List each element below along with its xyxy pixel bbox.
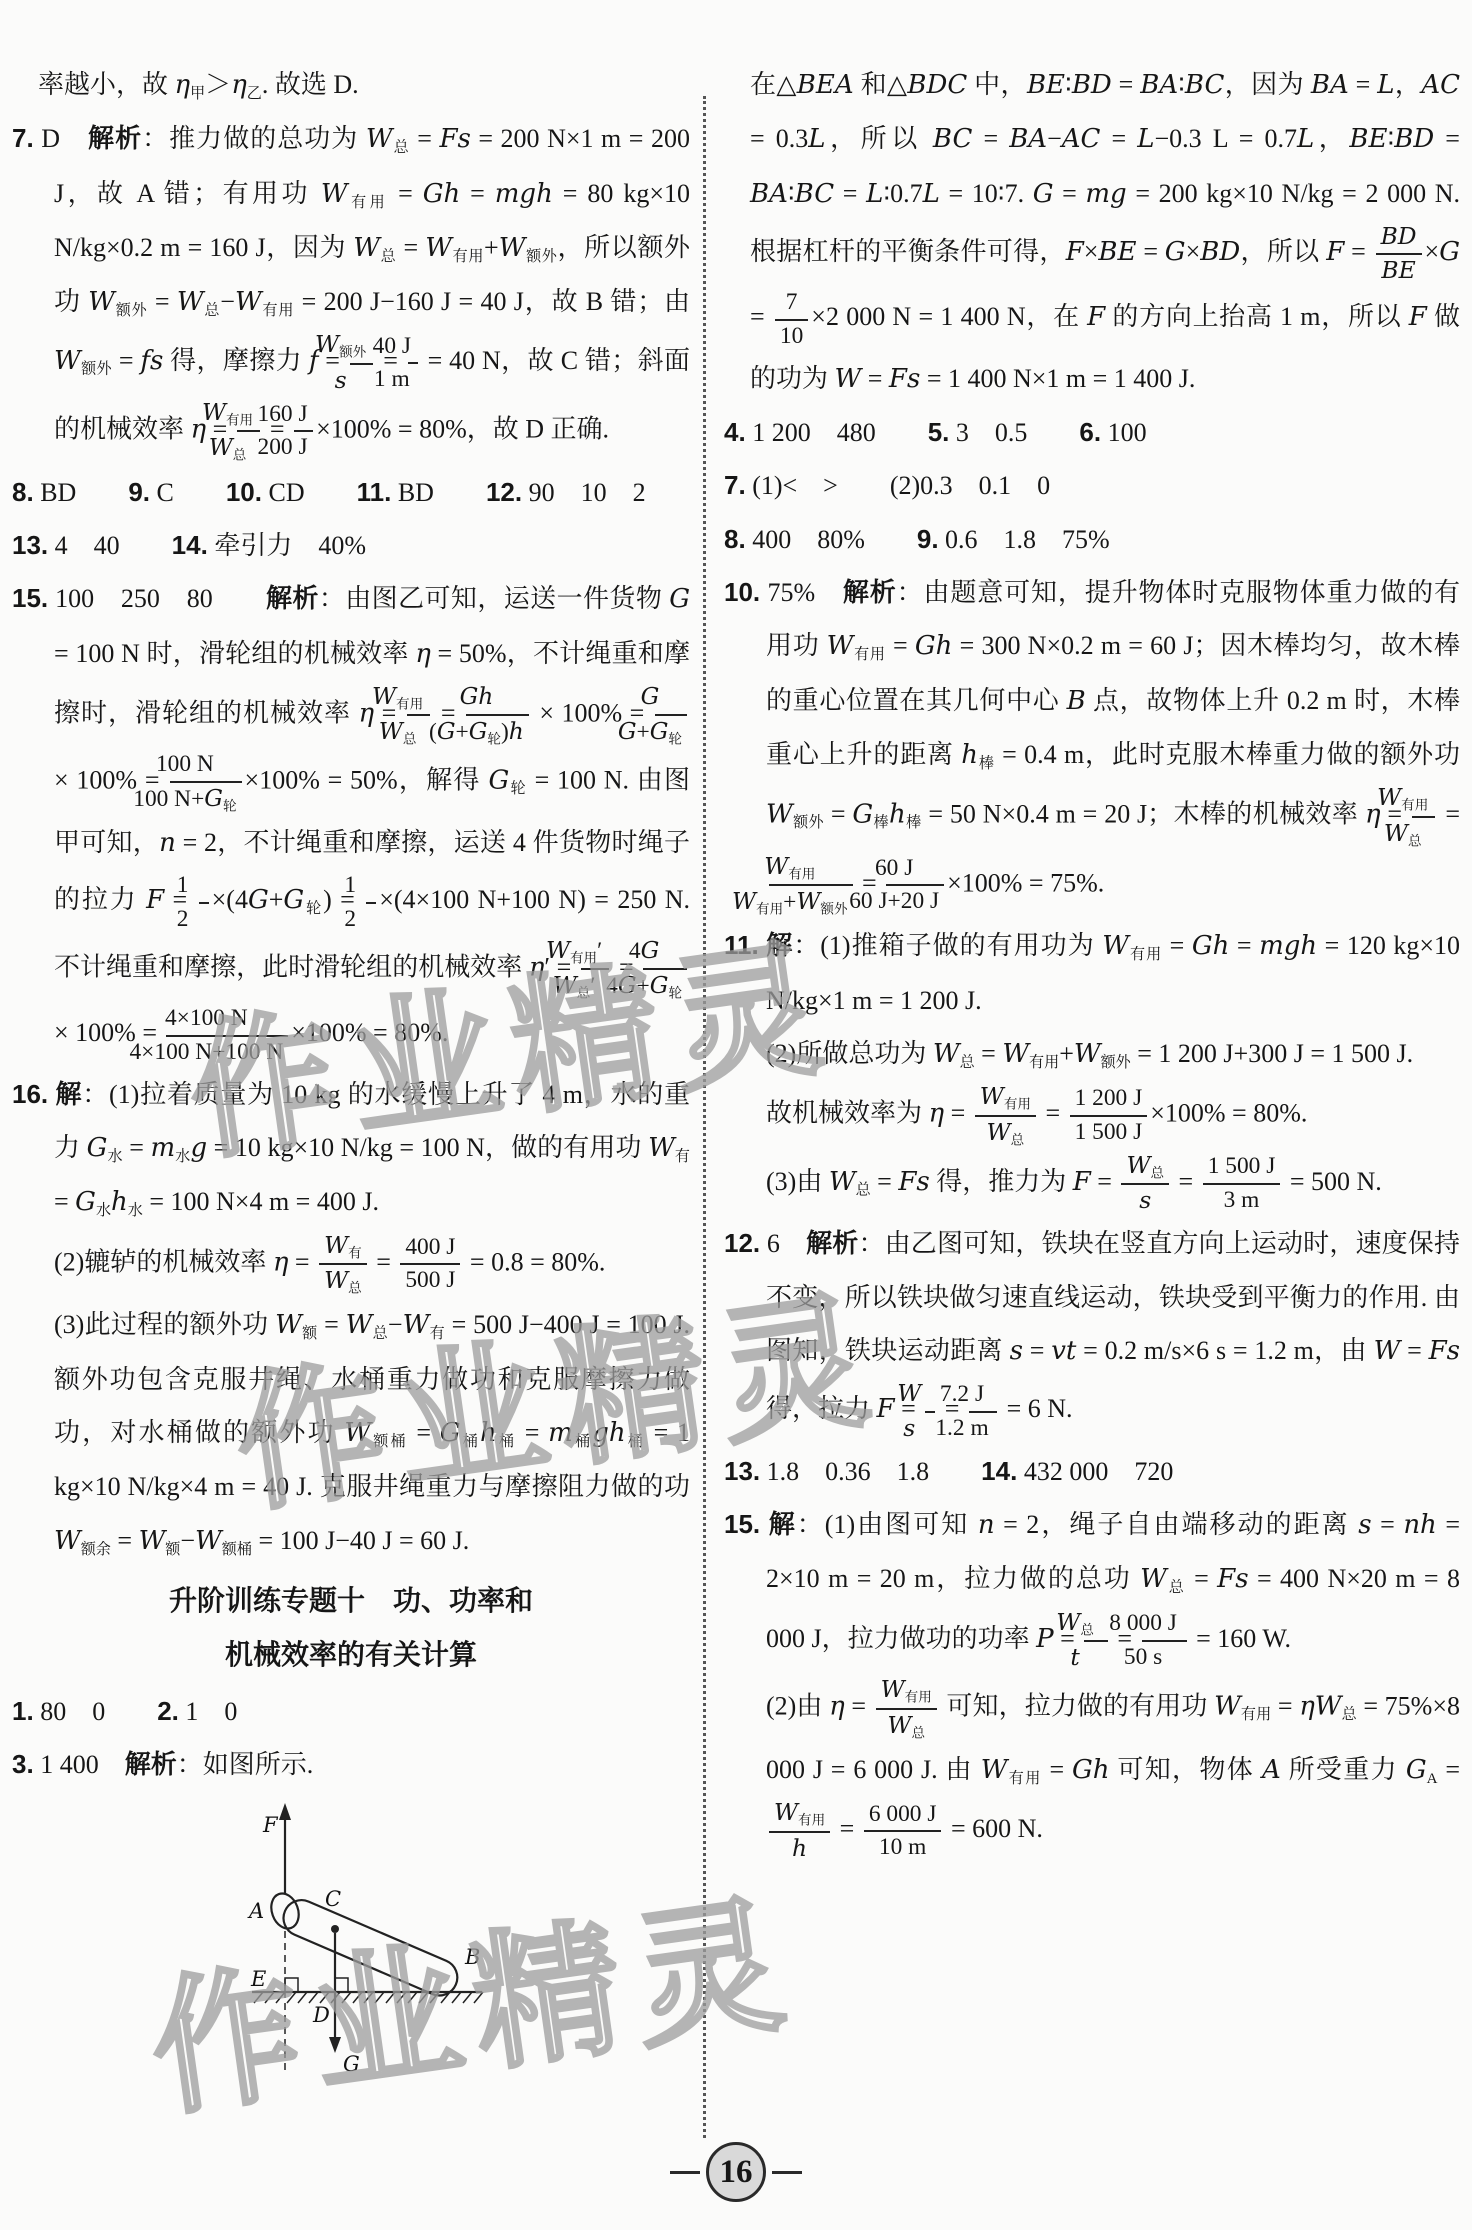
italic-variable: G xyxy=(852,800,873,830)
italic-variable: g xyxy=(190,1133,207,1163)
italic-variable: W xyxy=(980,1082,1004,1110)
bold-text: 解析 xyxy=(843,577,897,607)
italic-variable: G xyxy=(440,1418,461,1448)
italic-variable: W xyxy=(425,233,452,263)
italic-variable: BD xyxy=(1394,124,1434,154)
fraction-numerator: 400 J xyxy=(400,1232,460,1265)
subscript: 额外 xyxy=(525,249,557,265)
italic-variable: mgh xyxy=(1259,931,1317,961)
italic-variable: mgh xyxy=(495,179,553,209)
subscript: 总 xyxy=(372,1326,388,1342)
fraction: 60 J60 J+20 J xyxy=(886,853,944,918)
subscript: 棒 xyxy=(978,756,995,772)
italic-variable: mg xyxy=(1085,179,1126,209)
right-item-9: 12. 6 解析：由乙图可知，铁块在竖直方向上运动时，速度保持不变，所以铁块做匀… xyxy=(724,1217,1460,1444)
italic-variable: W xyxy=(139,1526,166,1556)
italic-variable: G xyxy=(1033,179,1054,209)
italic-variable: Fs xyxy=(1429,1336,1460,1366)
subscript: 总 xyxy=(577,985,591,1000)
bold-text: 16. xyxy=(12,1079,48,1109)
left-subpara-7: (3)此过程的额外功 W额 = W总−W有 = 500 J−400 J = 10… xyxy=(12,1298,690,1567)
subscript: 有 xyxy=(348,1245,362,1260)
subscript: 总 xyxy=(1167,1580,1186,1596)
subscript: 额外 xyxy=(339,345,366,360)
subscript: 轮 xyxy=(487,731,501,746)
subscript: 有用 xyxy=(853,647,885,663)
italic-variable: ηW xyxy=(1299,1692,1341,1722)
fraction: 40 J1 m xyxy=(408,331,418,396)
fraction-numerator: W总 xyxy=(1121,1150,1169,1185)
italic-variable: G xyxy=(248,885,269,915)
bold-text: 12. xyxy=(724,1228,760,1258)
subscript: 额外 xyxy=(793,815,824,831)
subscript: 有 xyxy=(675,1149,690,1165)
bold-text: 解析 xyxy=(125,1749,177,1779)
italic-variable: BE xyxy=(1098,237,1136,267)
italic-variable: W xyxy=(933,1039,960,1069)
lever-diagram: F A C B E D G xyxy=(227,1796,497,2096)
subscript: 总 xyxy=(1080,1622,1094,1637)
right-subpara-8: (3)由 W总 = Fs 得，推力为 F = W总s = 1 500 J3 m … xyxy=(724,1150,1460,1218)
italic-variable: F xyxy=(1409,303,1427,333)
subscript: 桶 xyxy=(461,1434,480,1450)
italic-variable: vt xyxy=(1051,1336,1076,1366)
bold-text: 7. xyxy=(724,470,746,500)
left-heading-8: 升阶训练专题十 功、功率和机械效率的有关计算 xyxy=(12,1574,690,1683)
italic-variable: BD xyxy=(1381,222,1417,250)
italic-variable: nh xyxy=(1403,1510,1437,1540)
fraction-denominator: 1.2 m xyxy=(969,1413,997,1444)
italic-variable: W xyxy=(987,1118,1011,1146)
italic-variable: W xyxy=(829,1167,856,1197)
italic-variable: BE xyxy=(1027,70,1065,100)
fraction-denominator: s xyxy=(1121,1185,1169,1217)
subscript: 总 xyxy=(380,249,396,265)
italic-variable: t xyxy=(1070,1643,1079,1671)
force-arrowhead-icon xyxy=(279,1803,291,1820)
fraction-denominator: W有用+W额外 xyxy=(769,886,853,919)
bold-text: 10. xyxy=(226,477,262,507)
subscript: 总 xyxy=(1150,1165,1164,1180)
fraction: 400 J500 J xyxy=(400,1232,460,1297)
italic-variable: L xyxy=(1377,70,1394,100)
italic-variable: A xyxy=(1262,1755,1281,1785)
fraction-denominator: t xyxy=(1084,1642,1108,1674)
fraction-numerator: 1 200 J xyxy=(1070,1083,1148,1116)
fraction: W有用h xyxy=(769,1797,830,1865)
italic-variable: W xyxy=(1056,1608,1080,1636)
fraction: 12 xyxy=(199,870,209,935)
fraction: W有用W总 xyxy=(407,681,431,750)
italic-variable: G xyxy=(1439,237,1460,267)
right-subpara-6: (2)所做总功为 W总 = W有用+W额外 = 1 200 J+300 J = … xyxy=(724,1027,1460,1081)
right-item-4: 10. 75% 解析：由题意可知，提升物体时克服物体重力做的有用功 W有用 = … xyxy=(724,566,1460,919)
italic-variable: BA xyxy=(1009,124,1047,154)
italic-variable: F xyxy=(1073,1167,1091,1197)
fraction: W有用′W总′ xyxy=(581,935,610,1004)
italic-variable: G xyxy=(75,1187,96,1217)
subscript: 总 xyxy=(204,303,221,319)
heading-line: 升阶训练专题十 功、功率和 xyxy=(12,1574,690,1629)
italic-variable: W xyxy=(177,287,204,317)
fraction-numerator: BD xyxy=(1376,221,1422,255)
subscript: 桶 xyxy=(497,1434,516,1450)
italic-variable: W xyxy=(1140,1564,1167,1594)
italic-variable: n xyxy=(978,1510,995,1540)
fraction-denominator: 2 xyxy=(366,904,376,935)
fraction-denominator: 1 500 J xyxy=(1070,1117,1148,1148)
fraction: 1 500 J3 m xyxy=(1203,1151,1281,1216)
italic-variable: W xyxy=(1102,931,1129,961)
fraction-numerator: W有用 xyxy=(769,851,853,886)
answer-key-page: 作业精灵 作业精灵 作业精灵 率越小，故 η甲＞η乙. 故选 D.7. D 解析… xyxy=(0,0,1472,2230)
subscript: 有用 xyxy=(396,696,423,711)
subscript: 总 xyxy=(393,140,410,156)
fraction: 12 xyxy=(366,870,376,935)
fraction-denominator: s xyxy=(350,365,374,397)
italic-variable: BE xyxy=(1381,256,1415,284)
bold-text: 解 xyxy=(766,930,793,960)
italic-variable: B xyxy=(1067,686,1086,716)
fraction: BDBE xyxy=(1376,221,1422,288)
italic-variable: F xyxy=(1326,237,1344,267)
italic-variable: W xyxy=(403,1310,430,1340)
fraction-numerator: 7.2 J xyxy=(969,1379,997,1412)
italic-variable: BEA xyxy=(797,70,854,100)
fraction-numerator: W额外 xyxy=(350,329,374,364)
subscript: 有用 xyxy=(1241,1707,1271,1723)
bold-text: 12. xyxy=(486,477,522,507)
bold-text: 2. xyxy=(157,1696,179,1726)
fraction: 1 200 J1 500 J xyxy=(1070,1083,1148,1148)
fraction-denominator: s xyxy=(925,1413,935,1445)
italic-variable: W xyxy=(324,1266,348,1294)
subscript: 额外 xyxy=(820,901,847,916)
footer-dash-right xyxy=(772,2171,802,2174)
subscript: 桶 xyxy=(626,1434,645,1450)
italic-variable: W xyxy=(195,1526,222,1556)
left-item-1: 7. D 解析：推力做的总功为 W总 = Fs = 200 N×1 m = 20… xyxy=(12,112,690,465)
subscript: 额桶 xyxy=(222,1541,252,1557)
bold-text: 1. xyxy=(12,1696,34,1726)
italic-variable: W xyxy=(732,887,756,915)
subscript: 总 xyxy=(1011,1132,1025,1147)
fraction-numerator: W有用 xyxy=(769,1797,830,1832)
italic-variable: W xyxy=(54,346,81,376)
fraction-denominator: 4G+G轮 xyxy=(643,970,687,1003)
italic-variable: η xyxy=(175,70,191,100)
bold-text: 解析 xyxy=(88,123,142,153)
italic-variable: W xyxy=(835,364,862,394)
italic-variable: BDC xyxy=(907,70,967,100)
fraction-numerator: 1 xyxy=(199,870,209,903)
subscript: 水 xyxy=(96,1203,111,1219)
italic-variable: h xyxy=(509,717,524,745)
page-footer: 16 xyxy=(670,2142,802,2202)
subscript: 有用 xyxy=(1007,1771,1041,1787)
subscript: 水 xyxy=(175,1149,190,1165)
subscript: 额 xyxy=(165,1541,180,1557)
italic-variable: Gh xyxy=(1072,1755,1110,1785)
right-answers-2: 7. (1)< > (2)0.3 0.1 0 xyxy=(724,459,1460,512)
italic-variable: W xyxy=(897,1379,921,1407)
fraction-numerator: W有用 xyxy=(1412,782,1436,817)
subscript: 轮 xyxy=(509,781,527,797)
fraction: Ws xyxy=(925,1378,935,1445)
label-G: G xyxy=(343,2052,360,2076)
italic-variable: η xyxy=(231,70,247,100)
column-divider xyxy=(703,96,706,2138)
italic-variable: h xyxy=(111,1187,128,1217)
italic-variable: η xyxy=(829,1692,845,1722)
fraction-numerator: 8 000 J xyxy=(1142,1608,1187,1641)
page-number: 16 xyxy=(706,2142,766,2202)
bold-text: 8. xyxy=(12,477,34,507)
subscript: 有用 xyxy=(1029,1055,1059,1071)
fraction: Gh(G+G轮)h xyxy=(466,681,529,749)
italic-variable: W xyxy=(1074,1039,1101,1069)
bold-text: 11. xyxy=(357,477,392,507)
italic-variable: Gh xyxy=(423,179,461,209)
italic-variable: W xyxy=(321,179,348,209)
subscript: 额桶 xyxy=(371,1434,408,1450)
italic-variable: G xyxy=(650,971,669,999)
italic-variable: BD xyxy=(1072,70,1112,100)
center-of-gravity-dot xyxy=(331,1925,339,1933)
label-D: D xyxy=(312,2003,330,2027)
italic-variable: L xyxy=(866,179,883,209)
italic-variable: G xyxy=(650,717,669,745)
italic-variable: L xyxy=(923,179,940,209)
fraction-denominator: 3 m xyxy=(1203,1185,1281,1216)
fraction-denominator: 2 xyxy=(199,904,209,935)
fraction-numerator: W有用′ xyxy=(581,935,610,970)
italic-variable: W xyxy=(372,682,396,710)
subscript: 总 xyxy=(960,1055,975,1071)
fraction-denominator: 1 m xyxy=(408,364,418,395)
fraction: 6 000 J10 m xyxy=(864,1799,942,1864)
italic-variable: G xyxy=(204,784,223,812)
subscript: 轮 xyxy=(668,985,682,1000)
subscript: 有用 xyxy=(1129,947,1162,963)
subscript: 轮 xyxy=(668,731,682,746)
italic-variable: G xyxy=(1165,237,1186,267)
fraction: W有用W总 xyxy=(1412,782,1436,851)
bold-text: 11. xyxy=(724,930,759,960)
bold-text: 解析 xyxy=(806,1228,858,1258)
italic-variable: gh xyxy=(592,1418,625,1448)
italic-variable: BA xyxy=(1311,70,1349,100)
subscript: A xyxy=(1427,1771,1438,1787)
subscript: 有用 xyxy=(452,249,484,265)
fraction-numerator: 40 J xyxy=(408,331,418,364)
fraction-denominator: h xyxy=(769,1833,830,1865)
subscript: 额外 xyxy=(81,362,112,378)
subscript: 水 xyxy=(107,1149,122,1165)
italic-variable: W xyxy=(209,433,233,461)
fraction-numerator: W有用 xyxy=(975,1081,1036,1116)
fraction: GG+G轮 xyxy=(655,681,687,749)
italic-variable: L xyxy=(1137,124,1154,154)
italic-variable: m xyxy=(151,1133,176,1163)
italic-variable: F xyxy=(146,885,164,915)
fraction-denominator: W总 xyxy=(407,716,431,749)
bold-text: 解析 xyxy=(266,583,319,613)
fraction-numerator: 6 000 J xyxy=(864,1799,942,1832)
bold-text: 9. xyxy=(128,477,150,507)
italic-variable: G xyxy=(641,936,660,964)
italic-variable: P xyxy=(1036,1624,1054,1654)
subscript: 额外 xyxy=(115,303,148,319)
fraction-denominator: 200 J xyxy=(294,432,313,463)
fraction: W总s xyxy=(1121,1150,1169,1218)
lever-rod xyxy=(278,1894,463,2001)
fraction-denominator: W总 xyxy=(975,1117,1036,1150)
fraction-denominator: 50 s xyxy=(1142,1642,1187,1673)
right-angle-mark-E xyxy=(285,1978,298,1992)
subscript: 总 xyxy=(1342,1707,1357,1723)
left-item-10: 3. 1 400 解析：如图所示. xyxy=(12,1738,690,1791)
italic-variable: s xyxy=(1358,1510,1371,1540)
left-item-4: 15. 100 250 80 解析：由图乙可知，运送一件货物 G = 100 N… xyxy=(12,572,690,1068)
italic-variable: s xyxy=(903,1414,915,1442)
subscript: 有用 xyxy=(756,901,783,916)
fraction: W有用W有用+W额外 xyxy=(769,851,853,920)
bold-text: 7. xyxy=(12,123,34,153)
subscript: 轮 xyxy=(223,798,237,813)
fraction-denominator: W总′ xyxy=(581,970,610,1003)
italic-variable: BE xyxy=(1349,124,1387,154)
italic-variable: W xyxy=(1377,783,1401,811)
subscript: 甲 xyxy=(190,86,205,102)
italic-variable: G xyxy=(469,717,488,745)
italic-variable: s xyxy=(335,366,347,394)
fraction-numerator: 160 J xyxy=(294,399,313,432)
italic-variable: W xyxy=(88,287,115,317)
italic-variable: BD xyxy=(1200,237,1240,267)
italic-variable: G xyxy=(488,766,509,796)
italic-variable: W xyxy=(648,1133,675,1163)
italic-variable: W xyxy=(366,124,393,154)
italic-variable: BA xyxy=(1140,70,1178,100)
subscript: 轮 xyxy=(304,901,323,917)
fraction: 100 N100 N+G轮 xyxy=(170,749,241,816)
fraction-denominator: 4×100 N+100 N xyxy=(166,1037,288,1068)
fraction-numerator: Gh xyxy=(466,681,529,715)
italic-variable: W xyxy=(1384,819,1408,847)
fraction-denominator: 100 N+G轮 xyxy=(170,783,241,816)
subscript: 有用 xyxy=(1401,798,1428,813)
italic-variable: G xyxy=(437,717,456,745)
italic-variable: F xyxy=(1066,237,1084,267)
fraction-numerator: W xyxy=(925,1378,935,1412)
right-answers-1: 4. 1 200 480 5. 3 0.5 6. 100 xyxy=(724,406,1460,459)
italic-variable: W xyxy=(54,1526,81,1556)
italic-variable: G xyxy=(618,717,637,745)
italic-variable: L xyxy=(808,124,825,154)
italic-variable: W xyxy=(499,233,526,263)
subscript: 乙 xyxy=(247,86,262,102)
fraction-numerator: 4×100 N xyxy=(166,1003,288,1036)
label-C: C xyxy=(325,1887,341,1911)
italic-variable: G xyxy=(87,1133,108,1163)
italic-variable: η xyxy=(529,952,545,982)
ground-hatching xyxy=(254,1992,483,2003)
bold-text: 解 xyxy=(769,1509,797,1539)
italic-variable: F xyxy=(1087,303,1105,333)
italic-variable: η xyxy=(273,1247,289,1277)
italic-variable: G xyxy=(283,885,304,915)
right-answers-3: 8. 400 80% 9. 0.6 1.8 75% xyxy=(724,513,1460,566)
fraction-numerator: 1 500 J xyxy=(1203,1151,1281,1184)
subscript: 总 xyxy=(911,1725,925,1740)
fraction-numerator: G xyxy=(655,681,687,715)
bold-text: 5. xyxy=(928,417,950,447)
subscript: 桶 xyxy=(573,1434,592,1450)
fraction-numerator: 4G xyxy=(643,935,687,969)
italic-variable: G xyxy=(669,584,690,614)
subscript: 有用 xyxy=(905,1690,932,1705)
subscript: 总 xyxy=(348,1280,362,1295)
italic-variable: W xyxy=(1126,1151,1150,1179)
subscript: 额 xyxy=(302,1326,318,1342)
bold-text: 9. xyxy=(917,524,939,554)
bold-text: 14. xyxy=(981,1456,1017,1486)
italic-variable: G xyxy=(1406,1755,1427,1785)
italic-variable: BC xyxy=(795,179,834,209)
fraction-numerator: W有用 xyxy=(237,397,261,432)
bold-text: 13. xyxy=(12,530,48,560)
fraction: W有W总 xyxy=(319,1230,367,1299)
fraction-denominator: W总 xyxy=(1412,818,1436,851)
fraction-denominator: W总 xyxy=(876,1710,937,1743)
subscript: 总 xyxy=(856,1183,871,1199)
right-item-5: 11. 解：(1)推箱子做的有用功为 W有用 = Gh = mgh = 120 … xyxy=(724,919,1460,1027)
fraction-denominator: 10 m xyxy=(864,1832,942,1863)
italic-variable: Fs xyxy=(898,1167,929,1197)
italic-variable: W xyxy=(887,1711,911,1739)
italic-variable: Fs xyxy=(1217,1564,1248,1594)
left-diagram-11: F A C B E D G xyxy=(227,1796,690,2114)
fraction: W总t xyxy=(1084,1607,1108,1675)
italic-variable: W xyxy=(553,971,577,999)
italic-variable: W xyxy=(981,1755,1008,1785)
bold-text: 15. xyxy=(12,583,48,613)
italic-variable: h xyxy=(480,1418,497,1448)
left-subpara-6: (2)辘轳的机械效率 η = W有W总 = 400 J500 J = 0.8 =… xyxy=(12,1230,690,1299)
subscript: 额外 xyxy=(1101,1055,1131,1071)
right-subpara-12: (2)由 η = W有用W总 可知，拉力做的有用功 W有用 = ηW总 = 75… xyxy=(724,1674,1460,1864)
right-column: 在△BEA 和△BDC 中，BE∶BD = BA∶BC，因为 BA = L，AC… xyxy=(724,58,1460,1865)
italic-variable: η xyxy=(415,639,431,669)
subscript: 有用 xyxy=(788,866,815,881)
subscript: 总 xyxy=(1408,833,1422,848)
subscript: 有 xyxy=(429,1326,445,1342)
italic-variable: s xyxy=(1139,1186,1151,1214)
subscript: 有用 xyxy=(1004,1097,1031,1112)
italic-variable: W xyxy=(1002,1039,1029,1069)
left-cont-0: 率越小，故 η甲＞η乙. 故选 D. xyxy=(12,58,690,112)
italic-variable: m xyxy=(548,1418,573,1448)
italic-variable: W xyxy=(827,631,854,661)
fraction-denominator: G+G轮 xyxy=(655,716,687,749)
italic-variable: AC xyxy=(1062,124,1101,154)
italic-variable: W xyxy=(764,852,788,880)
fraction-denominator: 60 J+20 J xyxy=(886,886,944,917)
fraction: 8 000 J50 s xyxy=(1142,1608,1187,1673)
italic-variable: h xyxy=(889,800,906,830)
italic-variable: W xyxy=(546,936,570,964)
